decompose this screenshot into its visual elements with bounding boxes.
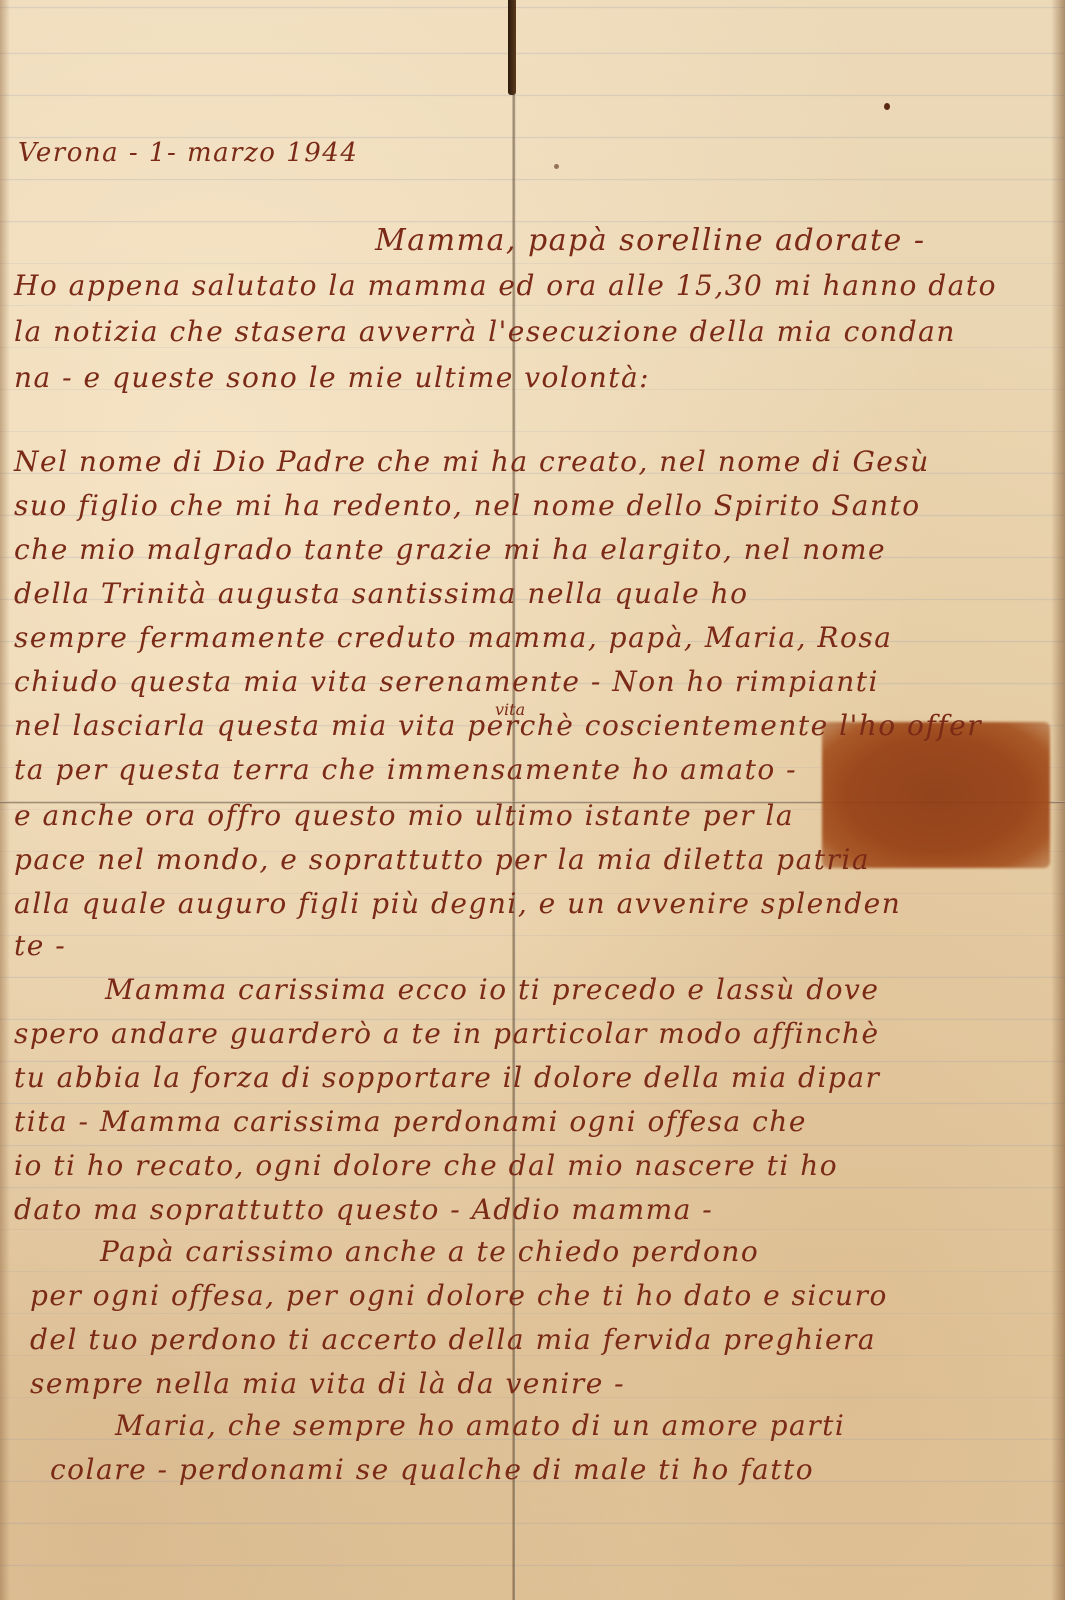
letter-line: spero andare guarderò a te in particolar… (14, 1020, 880, 1048)
letter-line: del tuo perdono ti accerto della mia fer… (30, 1326, 876, 1354)
letter-line: sempre nella mia vita di là da venire - (30, 1370, 625, 1398)
letter-line: suo figlio che mi ha redento, nel nome d… (14, 492, 921, 520)
letter-page: Verona - 1- marzo 1944 Mamma, papà sorel… (0, 0, 1065, 1600)
letter-line: ta per questa terra che immensamente ho … (14, 756, 797, 784)
letter-line: la notizia che stasera avverrà l'esecuzi… (14, 318, 956, 346)
salutation: Mamma, papà sorelline adorate - (375, 226, 925, 256)
paper-edge-left (0, 0, 10, 1600)
ink-spot (884, 103, 890, 110)
letter-line: tu abbia la forza di sopportare il dolor… (14, 1064, 880, 1092)
letter-line: nel lasciarla questa mia vita perchè cos… (14, 712, 982, 740)
letter-line: Ho appena salutato la mamma ed ora alle … (14, 272, 997, 300)
letter-line: na - e queste sono le mie ultime volontà… (14, 364, 650, 392)
letter-line: Papà carissimo anche a te chiedo perdono (100, 1238, 759, 1266)
paper-edge-right (1051, 0, 1065, 1600)
letter-line: della Trinità augusta santissima nella q… (14, 580, 748, 608)
letter-line: Maria, che sempre ho amato di un amore p… (115, 1412, 845, 1440)
ink-spot (554, 164, 559, 169)
letter-line: sempre fermamente creduto mamma, papà, M… (14, 624, 892, 652)
letter-line: Nel nome di Dio Padre che mi ha creato, … (14, 448, 930, 476)
torn-fold-top (508, 0, 516, 95)
letter-line: chiudo questa mia vita serenamente - Non… (14, 668, 879, 696)
letter-line: Mamma carissima ecco io ti precedo e las… (105, 976, 879, 1004)
letter-line: tita - Mamma carissima perdonami ogni of… (14, 1108, 807, 1136)
letter-line: io ti ho recato, ogni dolore che dal mio… (14, 1152, 838, 1180)
letter-line: che mio malgrado tante grazie mi ha elar… (14, 536, 886, 564)
letter-line: pace nel mondo, e soprattutto per la mia… (14, 846, 870, 874)
letter-line: e anche ora offro questo mio ultimo ista… (14, 802, 794, 830)
letter-line: te - (14, 932, 66, 960)
dateline: Verona - 1- marzo 1944 (18, 140, 358, 166)
letter-line: colare - perdonami se qualche di male ti… (50, 1456, 814, 1484)
letter-line: per ogni offesa, per ogni dolore che ti … (30, 1282, 888, 1310)
letter-line: alla quale auguro figli più degni, e un … (14, 890, 901, 918)
letter-line: dato ma soprattutto questo - Addio mamma… (14, 1196, 713, 1224)
